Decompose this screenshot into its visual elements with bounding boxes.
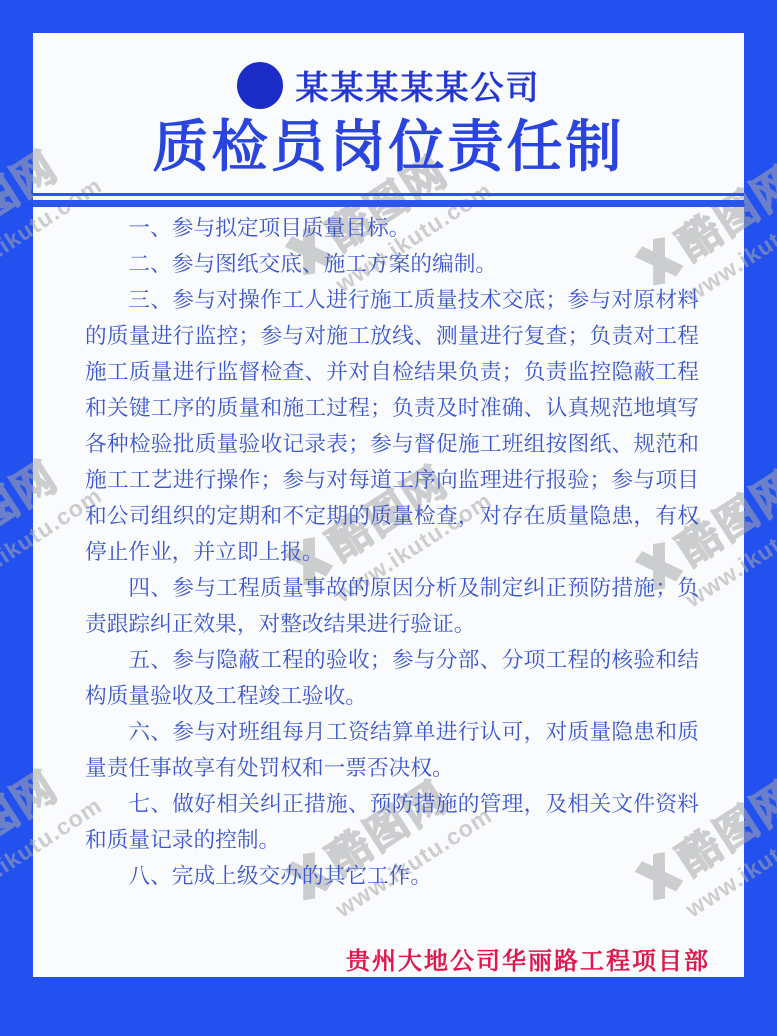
company-name: 某某某某某公司 [296, 62, 541, 109]
company-header: 某某某某某公司 [33, 62, 744, 109]
responsibility-item: 三、参与对操作工人进行施工质量技术交底；参与对原材料的质量进行监控；参与对施工放… [85, 282, 699, 570]
poster-content: 某某某某某公司 质检员岗位责任制 一、参与拟定项目质量目标。二、参与图纸交底、施… [33, 33, 744, 977]
page-title: 质检员岗位责任制 [33, 103, 744, 183]
responsibility-item: 七、做好相关纠正措施、预防措施的管理，及相关文件资料和质量记录的控制。 [85, 786, 699, 858]
responsibility-item: 五、参与隐蔽工程的验收；参与分部、分项工程的核验和结构质量验收及工程竣工验收。 [85, 642, 699, 714]
company-logo-icon [237, 62, 283, 109]
responsibility-item: 一、参与拟定项目质量目标。 [85, 210, 699, 246]
responsibility-list: 一、参与拟定项目质量目标。二、参与图纸交底、施工方案的编制。三、参与对操作工人进… [85, 210, 699, 894]
responsibility-item: 四、参与工程质量事故的原因分析及制定纠正预防措施；负责跟踪纠正效果，对整改结果进… [85, 570, 699, 642]
divider-thick [33, 200, 744, 207]
responsibility-item: 八、完成上级交办的其它工作。 [85, 858, 699, 894]
poster-page: 酷图网www.ikutu.com酷图网www.ikutu.com酷图网www.i… [0, 0, 777, 1036]
responsibility-item: 六、参与对班组每月工资结算单进行认可，对质量隐患和质量责任事故享有处罚权和一票否… [85, 714, 699, 786]
responsibility-item: 二、参与图纸交底、施工方案的编制。 [85, 246, 699, 282]
project-department-signature: 贵州大地公司华丽路工程项目部 [346, 941, 710, 976]
divider-thin [33, 193, 744, 196]
